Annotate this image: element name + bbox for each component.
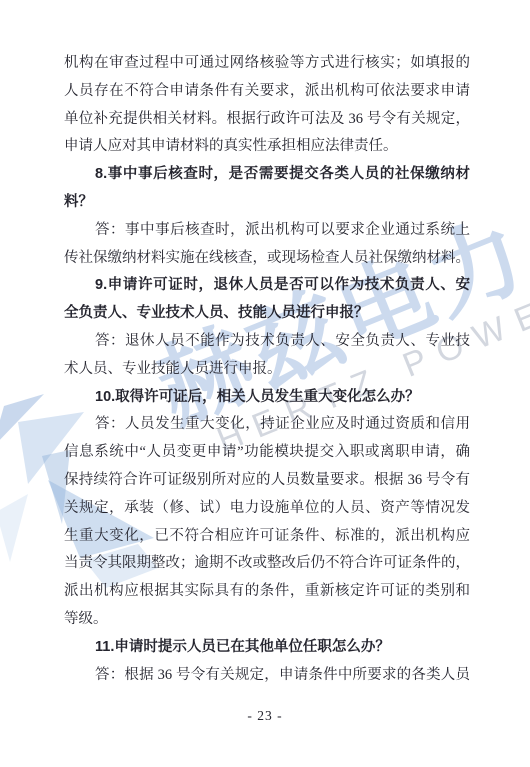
doc-answer-line: 信息系统中“人员变更申请”功能模块提交入职或离职申请，确 <box>64 439 470 467</box>
doc-answer-line: 等级。 <box>64 606 470 634</box>
doc-answer-line: 生重大变化，已不符合相应许可证条件、标准的，派出机构应 <box>64 523 470 551</box>
doc-line: 申请人应对其申请材料的真实性承担相应法律责任。 <box>64 133 470 161</box>
doc-question-line: 9.申请许可证时，退休人员是否可以作为技术负责人、安 <box>64 272 470 300</box>
doc-line: 单位补充提供相关材料。根据行政许可法及 36 号令有关规定， <box>64 106 470 134</box>
page-number: - 23 - <box>0 708 530 724</box>
doc-question-line: 全负责人、专业技术人员、技能人员进行申报？ <box>64 300 470 328</box>
doc-answer-line: 答：事中事后核查时，派出机构可以要求企业通过系统上 <box>64 217 470 245</box>
doc-question-line: 8.事中事后核查时，是否需要提交各类人员的社保缴纳材 <box>64 161 470 189</box>
doc-answer-line: 派出机构应根据其实际具有的条件，重新核定许可证的类别和 <box>64 578 470 606</box>
doc-answer-line: 传社保缴纳材料实施在线核查，或现场检查人员社保缴纳材料。 <box>64 245 470 273</box>
doc-answer-line: 答：人员发生重大变化，持证企业应及时通过资质和信用 <box>64 411 470 439</box>
doc-answer-line: 答：退休人员不能作为技术负责人、安全负责人、专业技 <box>64 328 470 356</box>
doc-line: 机构在审查过程中可通过网络核验等方式进行核实；如填报的 <box>64 50 470 78</box>
doc-answer-line: 当责令其限期整改；逾期不改或整改后仍不符合许可证条件的， <box>64 550 470 578</box>
doc-answer-line: 保持续符合许可证级别所对应的人员数量要求。根据 36 号令有 <box>64 467 470 495</box>
doc-answer-line: 术人员、专业技能人员进行申报。 <box>64 356 470 384</box>
doc-answer-line: 关规定，承装（修、试）电力设施单位的人员、资产等情况发 <box>64 495 470 523</box>
doc-question-line: 料？ <box>64 189 470 217</box>
document-page: 赫兹电力 HERTZ POWER 机构在审查过程中可通过网络核验等方式进行核实；… <box>0 0 530 767</box>
doc-question-line: 11.申请时提示人员已在其他单位任职怎么办？ <box>64 634 470 662</box>
document-body: 机构在审查过程中可通过网络核验等方式进行核实；如填报的 人员存在不符合申请条件有… <box>64 50 470 689</box>
doc-line: 人员存在不符合申请条件有关要求，派出机构可依法要求申请 <box>64 78 470 106</box>
doc-question-line: 10.取得许可证后，相关人员发生重大变化怎么办？ <box>64 384 470 412</box>
doc-answer-line: 答：根据 36 号令有关规定，申请条件中所要求的各类人员 <box>64 662 470 690</box>
